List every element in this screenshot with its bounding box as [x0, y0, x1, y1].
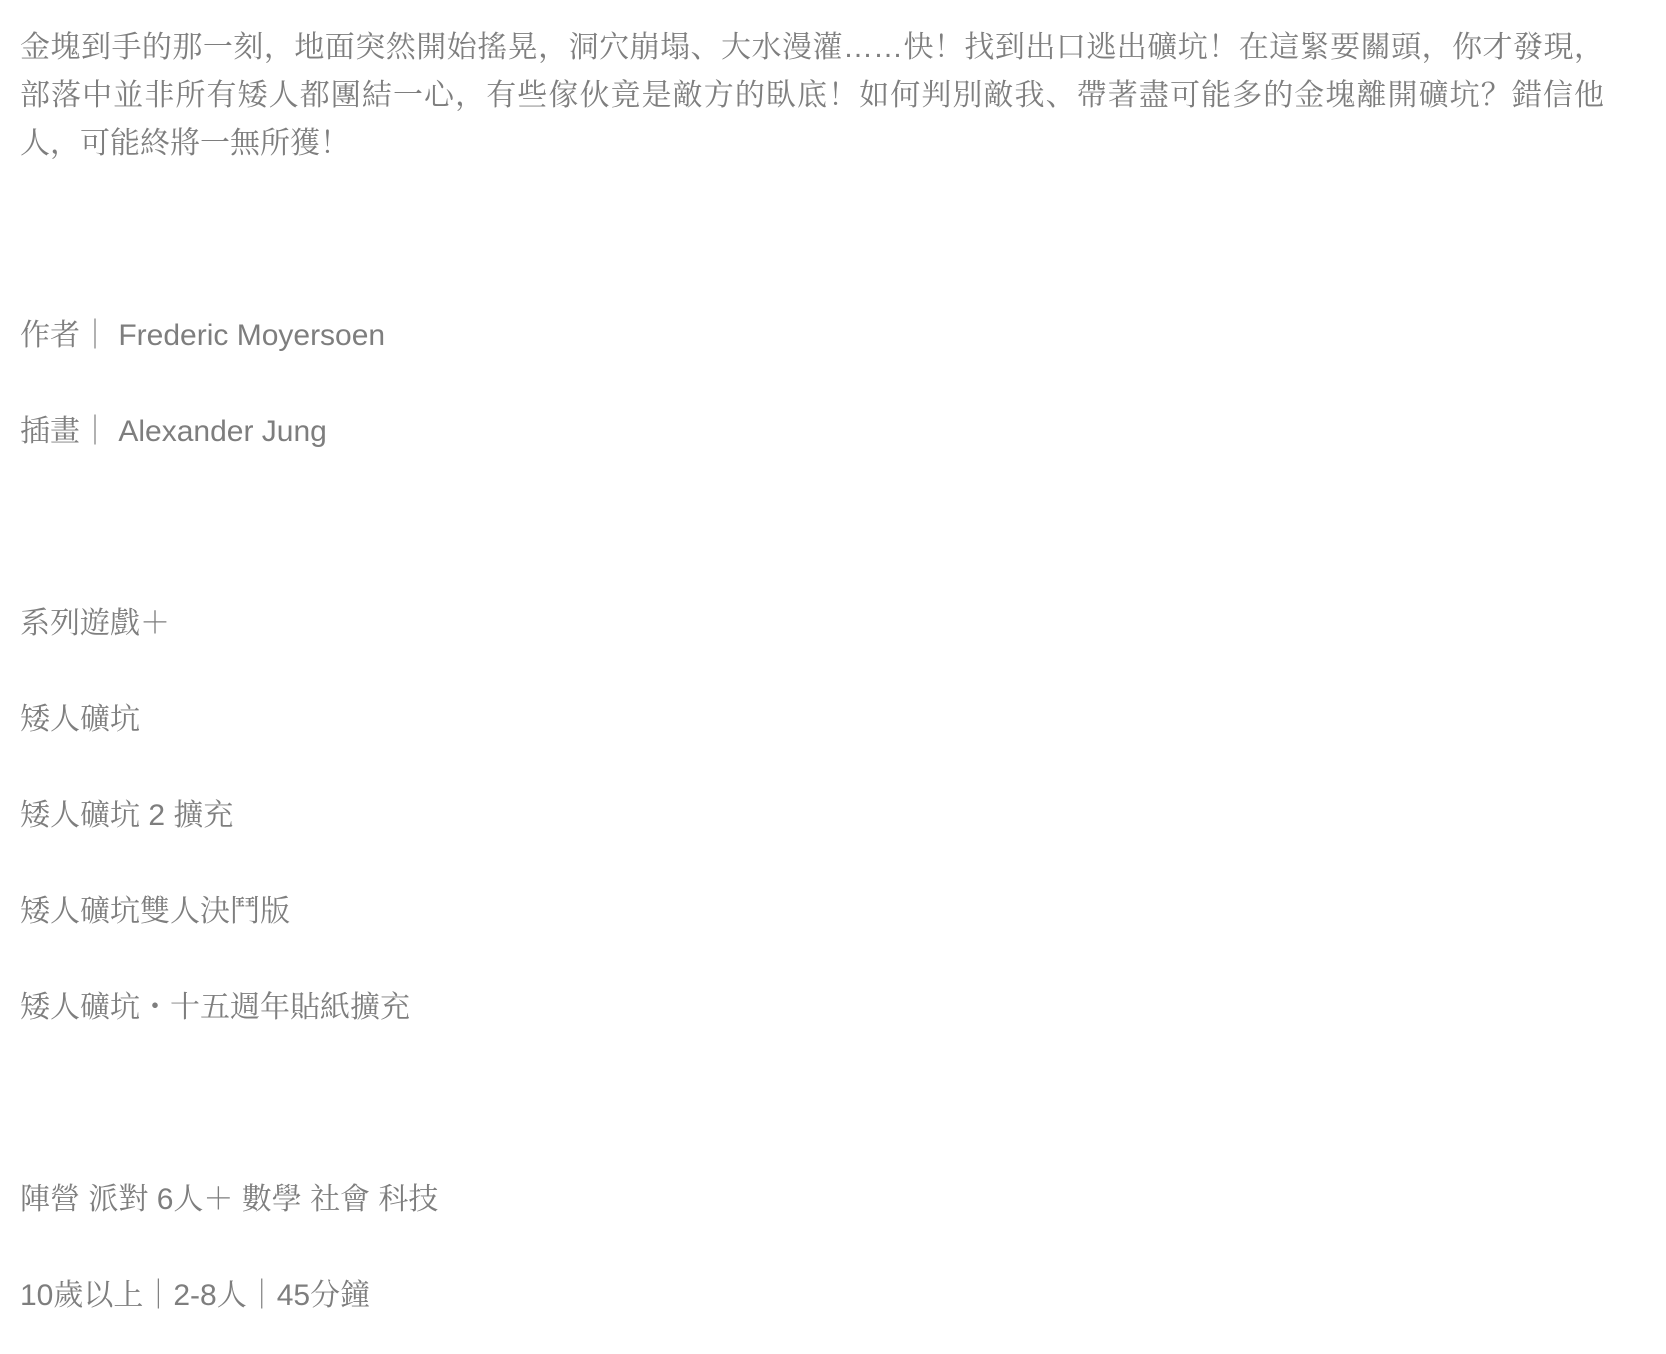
spec-duration: 45分鐘	[277, 1279, 370, 1312]
spec-age: 10歲以上	[20, 1279, 143, 1312]
illustrator-name: Alexander Jung	[118, 415, 326, 448]
series-item: 矮人礦坑雙人決鬥版	[20, 888, 1604, 936]
spec-separator: ｜	[143, 1279, 173, 1312]
author-label: 作者｜	[20, 319, 110, 352]
category-tags-line: 陣營 派對 6人＋ 數學 社會 科技	[20, 1176, 1604, 1224]
section-spacer	[20, 1080, 1604, 1128]
section-spacer	[20, 216, 1604, 264]
tag-math: 數學	[242, 1183, 302, 1216]
intro-paragraph: 金塊到手的那一刻，地面突然開始搖晃，洞穴崩塌、大水漫灌……快！找到出口逃出礦坑！…	[20, 24, 1604, 168]
tag-social: 社會	[310, 1183, 370, 1216]
tag-party: 派對	[88, 1183, 148, 1216]
author-line: 作者｜ Frederic Moyersoen	[20, 312, 1604, 360]
series-heading: 系列遊戲＋	[20, 600, 1604, 648]
spec-separator: ｜	[247, 1279, 277, 1312]
tag-technology: 科技	[378, 1183, 438, 1216]
series-item: 矮人礦坑	[20, 696, 1604, 744]
series-item: 矮人礦坑・十五週年貼紙擴充	[20, 984, 1604, 1032]
spec-players: 2-8人	[173, 1279, 246, 1312]
author-name: Frederic Moyersoen	[118, 319, 385, 352]
product-description: 金塊到手的那一刻，地面突然開始搖晃，洞穴崩塌、大水漫灌……快！找到出口逃出礦坑！…	[0, 0, 1604, 1320]
illustrator-label: 插畫｜	[20, 415, 110, 448]
specs-line: 10歲以上｜2-8人｜45分鐘	[20, 1272, 1604, 1320]
tag-faction: 陣營	[20, 1183, 80, 1216]
series-item: 矮人礦坑 2 擴充	[20, 792, 1604, 840]
section-spacer	[20, 504, 1604, 552]
tag-player-count: 6人＋	[157, 1183, 234, 1216]
illustrator-line: 插畫｜ Alexander Jung	[20, 408, 1604, 456]
